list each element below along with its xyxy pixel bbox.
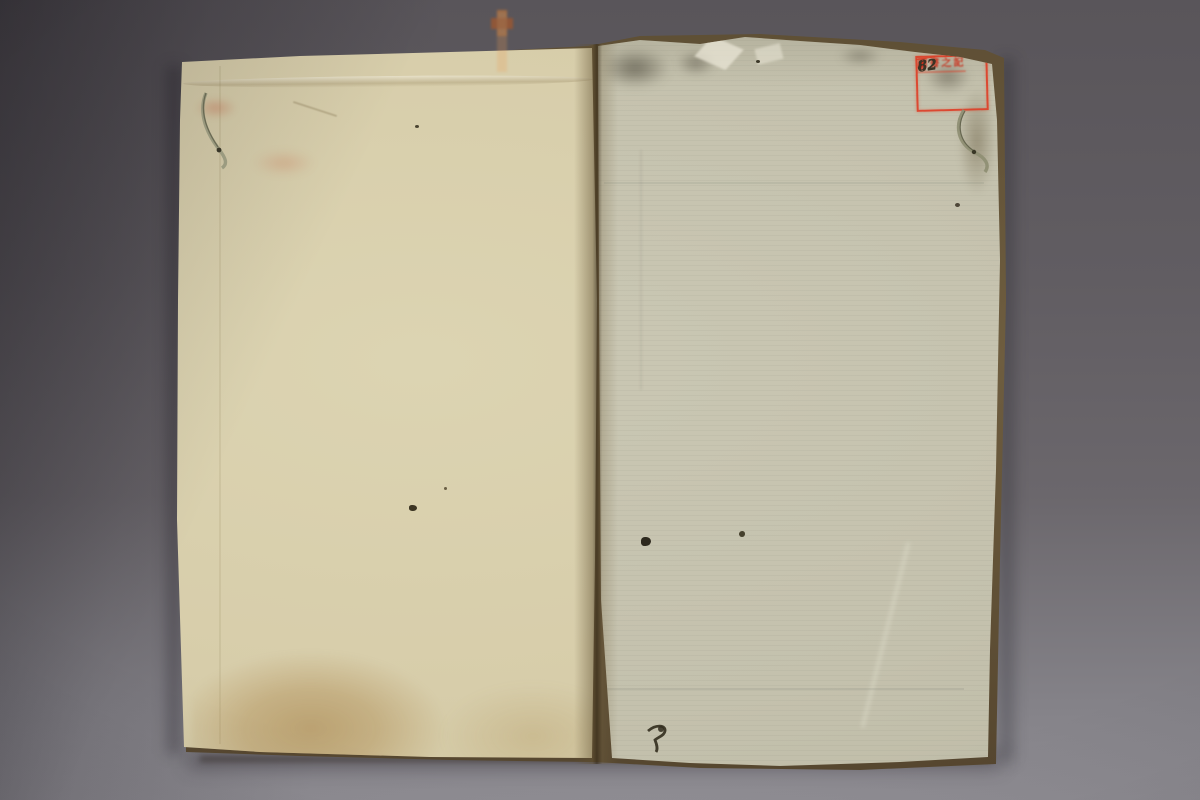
photo-of-open-antique-book: 圖書之記 格 太 82 62 xyxy=(0,0,1200,800)
binding-thread-left-icon xyxy=(203,93,226,168)
threads-and-ink-overlay xyxy=(0,0,1200,800)
watermark-seal-body xyxy=(497,12,507,72)
digitization-watermark-icon xyxy=(497,10,609,102)
binding-thread-right-icon xyxy=(959,110,988,172)
ink-mark-icon xyxy=(648,726,665,752)
